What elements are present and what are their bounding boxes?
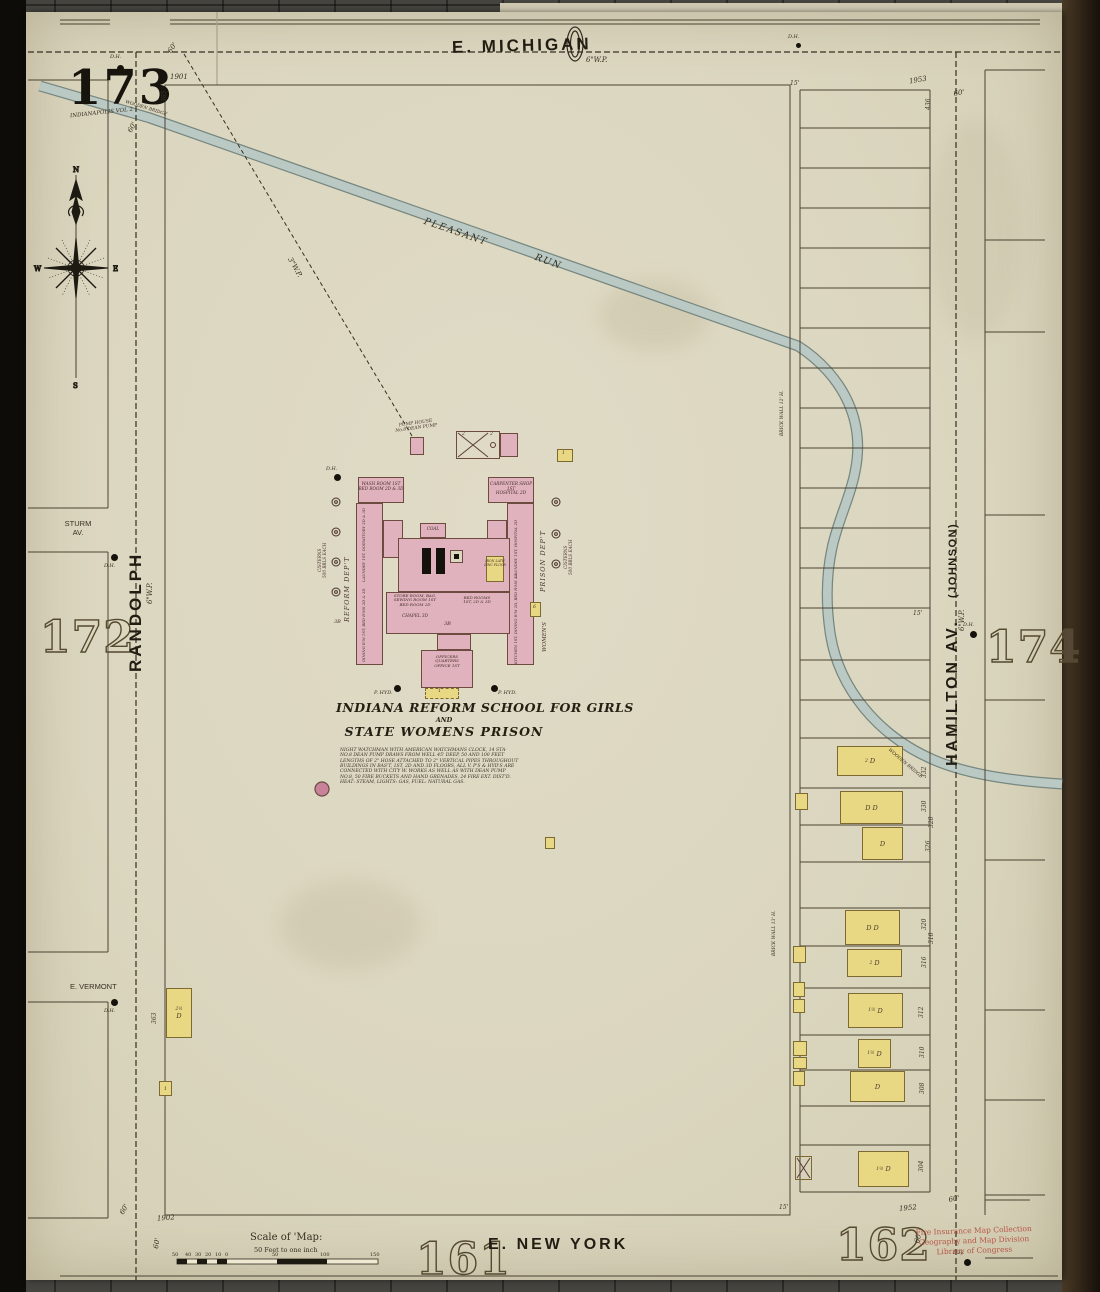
dwelling-label: D [880,840,885,848]
outbuilding [793,1057,807,1069]
compass-w: W [34,265,42,273]
street-lines [28,52,1062,1280]
shed-363: 1 [159,1081,172,1096]
house-number: 330 [921,801,928,812]
scale-tick: 50 [172,1252,178,1258]
lot-number-363: 363 [151,1013,158,1024]
porch [425,688,459,699]
lot-number-1902: 1902 [157,1213,175,1222]
barn-story: 2 [490,432,493,437]
dining-west-label: DINING R'M 1ST, BED R'MS 2D & 3D [362,589,366,662]
street-e-vermont: E. VERMONT [70,982,117,991]
scale-tick: 20 [205,1252,211,1258]
title-line3: STATE WOMENS PRISON [336,724,552,739]
loc-stamp: Fire Insurance Map Collection Geography … [906,1224,1043,1258]
stable-x [795,1156,812,1180]
shed-number: 1 [562,451,565,456]
dh-label: D.H. [326,466,337,472]
house-number: 316 [921,957,928,968]
outbuilding [793,946,806,963]
outbuilding [795,793,808,810]
phyd-label: P. HYD. [374,690,393,696]
pump-house [410,437,424,455]
story-label: 2 [869,961,872,966]
compass-rose: N W E S [34,166,118,390]
carpenter-shop-label: CARPENTER SHOP 1ST HOSPITAL 2D [488,482,534,496]
lot-number-1901: 1901 [170,73,188,81]
porch-number: 1 [438,689,441,694]
dwelling-326: D [862,827,903,860]
dwelling-304: 1½D [858,1151,909,1187]
hydrant-dot [491,685,498,692]
house-number: 328 [928,817,935,828]
hydrant-dot [964,1259,971,1266]
dwelling-label: D [874,924,879,932]
story-label: 1½ [867,1051,874,1056]
cell-core [454,554,459,559]
dwelling-label: D [877,1050,882,1058]
house-number: 318 [928,933,935,944]
house-number: 304 [918,1161,925,1172]
lot-number-365: 365 [161,91,168,102]
brick-wall-label: BRICK WALL 12' H. [780,390,785,436]
prison-dept-label: PRISON DEP'T [540,530,547,592]
dh-label: D.H. [110,54,121,60]
carp-line2: HOSPITAL 2D [488,491,534,496]
cisterns-label-east: CISTERNS 500 BBLS EACH [564,540,573,575]
dwelling-label: D [176,1012,181,1020]
scale-tick: 150 [370,1252,380,1258]
wash-line2: BED ROOM 2D & 3D [358,487,404,492]
house-number: 308 [919,1083,926,1094]
corridor-bar [422,548,431,574]
dh-label: D.H. [788,34,799,40]
lot-number-436: 436 [925,99,932,110]
street-e-michigan: E. MICHIGAN [452,34,592,58]
scale-tick: 100 [320,1252,330,1258]
compass-n: N [73,166,79,174]
cistern-pond [315,782,329,796]
note-block: NIGHT WATCHMAN WITH AMERICAN WATCHMANS C… [340,748,560,785]
scale-tick: 40 [185,1252,191,1258]
dwelling-label: D [873,804,878,812]
note-line: HEAT: STEAM, LIGHTS: GAS, FUEL: NATURAL … [340,780,560,785]
cisterns-line2: 500 BBLS EACH [569,540,574,575]
laundry-west-label: LAUNDRY 1ST, DORMITORY 2D & 3D [362,508,366,582]
story-mark: 3B [444,622,451,628]
compass-s: S [73,382,78,390]
officers-quarters-label: OFFICERS QUARTERS OFFICE 1ST [421,655,473,668]
sturm-line1: STURM [58,519,98,528]
adjacent-sheet-172: 172 [40,612,135,663]
story-label: 1½ [876,1167,883,1172]
sanborn-map-sheet: N W E S 50 40 30 20 10 0 50 100 150 [0,0,1100,1292]
water-pipe-line [184,54,412,436]
east-bar-building [507,503,534,665]
house-number: 310 [919,1047,926,1058]
store-line3: BED ROOM 2D [386,603,444,607]
dwelling-310: 1½D [858,1039,891,1068]
dim-15ft: 15' [779,1204,788,1211]
street-sturm-av: STURM AV. [58,519,98,537]
outbuilding [793,1041,807,1056]
map-linework: N W E S 50 40 30 20 10 0 50 100 150 [0,0,1100,1292]
womens-label: WOMEN'S [542,622,548,652]
story-mark: 3B [334,620,341,626]
outbuilding [793,1071,805,1086]
bed-line2: 1ST, 2D & 3D [448,600,506,604]
dwelling-363: 2½D [166,988,192,1038]
cisterns-line2: 500 BBLS EACH [323,543,328,578]
dwelling-label: D [874,959,879,967]
lot-number-1952: 1952 [899,1203,917,1213]
dh-label: D.H. [104,563,115,569]
story-label: 2 [865,759,868,764]
dwelling-308: D [850,1071,905,1102]
outbuilding [793,982,805,997]
dwelling-label: D [866,924,871,932]
randolph-pipe-note: 6"W.P. [146,583,154,604]
michigan-pipe-note: 6"W.P. [586,56,607,64]
dwelling-label: D [870,757,875,765]
store-room-label: STORE ROOM, BAG. SEWING ROOM 1ST BED ROO… [386,594,444,607]
dh-label: D.H. [963,622,974,628]
hydrant-dot [970,631,977,638]
house-number: 312 [918,1007,925,1018]
house-number: 332 [921,767,928,778]
street-randolph: RANDOLPH [126,552,146,672]
office-line: OFFICE 1ST [421,664,473,668]
map-title: INDIANA REFORM SCHOOL FOR GIRLS AND STAT… [336,700,552,739]
scale-title: Scale of 'Map: [250,1232,322,1243]
reform-dept-label: REFORM DEP'T [344,556,351,622]
sturm-line2: AV. [58,528,98,537]
center-stem [437,634,471,650]
street-hamilton-alt: (JOHNSON) [947,523,959,598]
street-hamilton: HAMILTON AV. [944,619,962,766]
story-label: 1½ [868,1008,875,1013]
yellow-shed [545,837,555,849]
street-e-new-york: E. NEW YORK [488,1236,628,1254]
dwelling-320-318: D D [845,910,900,945]
dwelling-label: D [875,1083,880,1091]
dim-15ft: 15' [790,80,799,87]
yellow-shed [557,449,573,462]
dim-15ft: 15' [913,610,922,617]
adjacent-sheet-174: 174 [986,622,1081,673]
house-number: 326 [925,841,932,852]
iron-line2: ZINC FLOOR [482,564,508,568]
chapel-label: CHAPEL 3D [388,614,442,619]
dwelling-label: D [865,804,870,812]
hydrant-dot [394,685,401,692]
scale-tick: 10 [215,1252,221,1258]
dwelling-label: D [878,1007,883,1015]
scale-tick: 0 [225,1252,228,1258]
title-line1: INDIANA REFORM SCHOOL FOR GIRLS [336,700,552,715]
dwelling-330-328: D D [840,791,903,824]
kitchen-east-label: KITCHEN 1ST, DINING R'M 2D, BED R'MS 3D [514,574,518,664]
title-line2: AND [336,716,552,724]
scale-subtitle: 50 Feet to one inch [254,1246,318,1254]
shed-number: 1 [164,1086,167,1092]
pleasant-run-creek [40,86,1062,784]
dwelling-316: 2D [847,949,902,977]
dwelling-312: 1½D [848,993,903,1028]
laundry-east-label: LAUNDRY 1ST, HOSPITAL 2D [514,520,518,578]
hydrant-dot [334,474,341,481]
yellow6-number: 6 [533,605,536,610]
brick-wall-label: BRICK WALL 13' H. [772,910,777,956]
phyd-label: P. HYD. [498,690,517,696]
dh-label: D.H. [104,1008,115,1014]
cisterns-label-west: CISTERNS 500 BBLS EACH [318,543,327,578]
hydrant-dot [796,43,801,48]
iron-lath-label: IRON LATH ZINC FLOOR [482,560,508,567]
dwelling-label: D [886,1165,891,1173]
house-number: 320 [921,919,928,930]
wash-room-label: WASH ROOM 1ST BED ROOM 2D & 3D [358,482,404,491]
barn-annex [500,433,518,457]
corridor-bar [436,548,445,574]
outbuilding [793,999,805,1013]
scale-tick: 30 [195,1252,201,1258]
hydrant-dot [111,554,118,561]
hydrant-dot [111,999,118,1006]
coal-label: COAL [421,527,445,532]
barn-story: 2 [462,432,465,437]
bed-rooms-label: BED ROOMS 1ST, 2D & 3D [448,596,506,605]
compass-e: E [113,265,118,273]
